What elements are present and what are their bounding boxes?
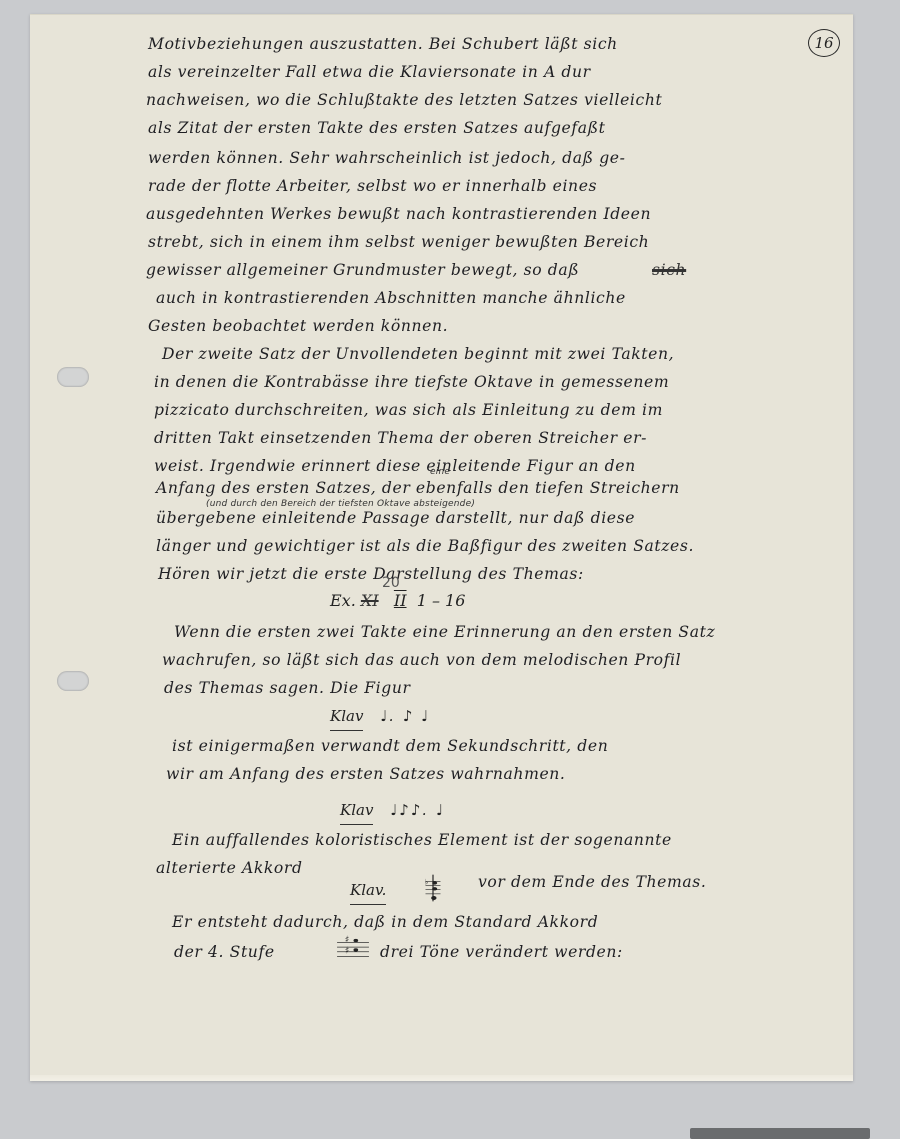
text-line: Ein auffallendes koloristisches Element … [172,831,672,849]
music-notes-icon: ♩. ♪ ♩ [380,707,430,725]
klav-label: Klav [330,707,363,731]
svg-text:♯: ♯ [345,946,350,957]
text-line: vor dem Ende des Themas. [478,873,706,891]
music-notes-icon: ♩♪♪. ♩ [390,801,445,819]
text-line: Wenn die ersten zwei Takte eine Erinneru… [174,623,715,641]
page-number: 16 [808,29,840,57]
text-line: Hören wir jetzt die erste Darstellung de… [158,565,584,583]
text-line: ausgedehnten Werkes bewußt nach kontrast… [146,205,651,223]
insertion-below: (und durch den Bereich der tiefsten Okta… [206,499,475,509]
text-line: nachweisen, wo die Schlußtakte des letzt… [146,91,662,109]
text-line: dritten Takt einsetzenden Thema der ober… [154,429,647,447]
text-line: als vereinzelter Fall etwa die Klavierso… [148,63,591,81]
insertion-above: eine [430,467,450,477]
text-line: länger und gewichtiger ist als die Baßfi… [156,537,694,555]
text-line: alterierte Akkord [156,859,303,877]
music-example-3: Klav. [350,881,386,905]
text-line: wir am Anfang des ersten Satzes wahrnahm… [166,765,565,783]
fourth-degree-chord-icon: ♯ ♯ [336,933,370,963]
struck-word: sich [652,261,686,279]
svg-text:♯: ♯ [345,934,350,945]
text-line: drei Töne verändert werden: [380,943,623,961]
example-corrected-number: 20 [382,575,400,591]
text-line: rade der flotte Arbeiter, selbst wo er i… [148,177,597,195]
text-line: strebt, sich in einem ihm selbst weniger… [148,233,649,251]
text-line: des Themas sagen. Die Figur [164,679,411,697]
text-line: Er entsteht dadurch, daß in dem Standard… [172,913,598,931]
text-line: weist. Irgendwie erinnert diese einleite… [154,457,636,475]
manuscript-page: 16 Motivbeziehungen auszustatten. Bei Sc… [30,14,853,1081]
punch-hole-bottom [57,671,89,691]
text-line: gewisser allgemeiner Grundmuster bewegt,… [146,261,579,279]
text-line: pizzicato durchschreiten, was sich als E… [154,401,663,419]
text-line: übergebene einleitende Passage darstellt… [156,509,635,527]
text-line: Gesten beobachtet werden können. [148,317,448,335]
text-line: als Zitat der ersten Takte des ersten Sa… [148,119,606,137]
text-line: Der zweite Satz der Unvollendeten beginn… [162,345,674,363]
klav-label: Klav. [350,881,386,905]
example-bars: 1 – 16 [417,591,466,610]
text-line: werden können. Sehr wahrscheinlich ist j… [148,149,625,167]
example-reference: Ex. XI II 1 – 16 [330,591,465,610]
punch-hole-top [57,367,89,387]
text-line: Motivbeziehungen auszustatten. Bei Schub… [148,35,618,53]
text-line: auch in kontrastierenden Abschnitten man… [156,289,626,307]
text-line: der 4. Stufe [174,943,275,961]
text-line: wachrufen, so läßt sich das auch von dem… [162,651,681,669]
music-example-2: Klav ♩♪♪. ♩ [340,801,445,825]
example-prefix: Ex. [330,591,356,610]
text-line: in denen die Kontrabässe ihre tiefste Ok… [154,373,669,391]
text-line: ist einigermaßen verwandt dem Sekundschr… [172,737,608,755]
example-struck-number: XI [361,591,379,610]
altered-chord-icon: ♭ [422,873,444,903]
klav-label: Klav [340,801,373,825]
svg-text:♭: ♭ [425,878,429,887]
background-strip [690,1128,870,1139]
text-line: Anfang des ersten Satzes, der ebenfalls … [156,479,680,497]
music-example-1: Klav ♩. ♪ ♩ [330,707,430,731]
example-movement: II [394,591,407,610]
